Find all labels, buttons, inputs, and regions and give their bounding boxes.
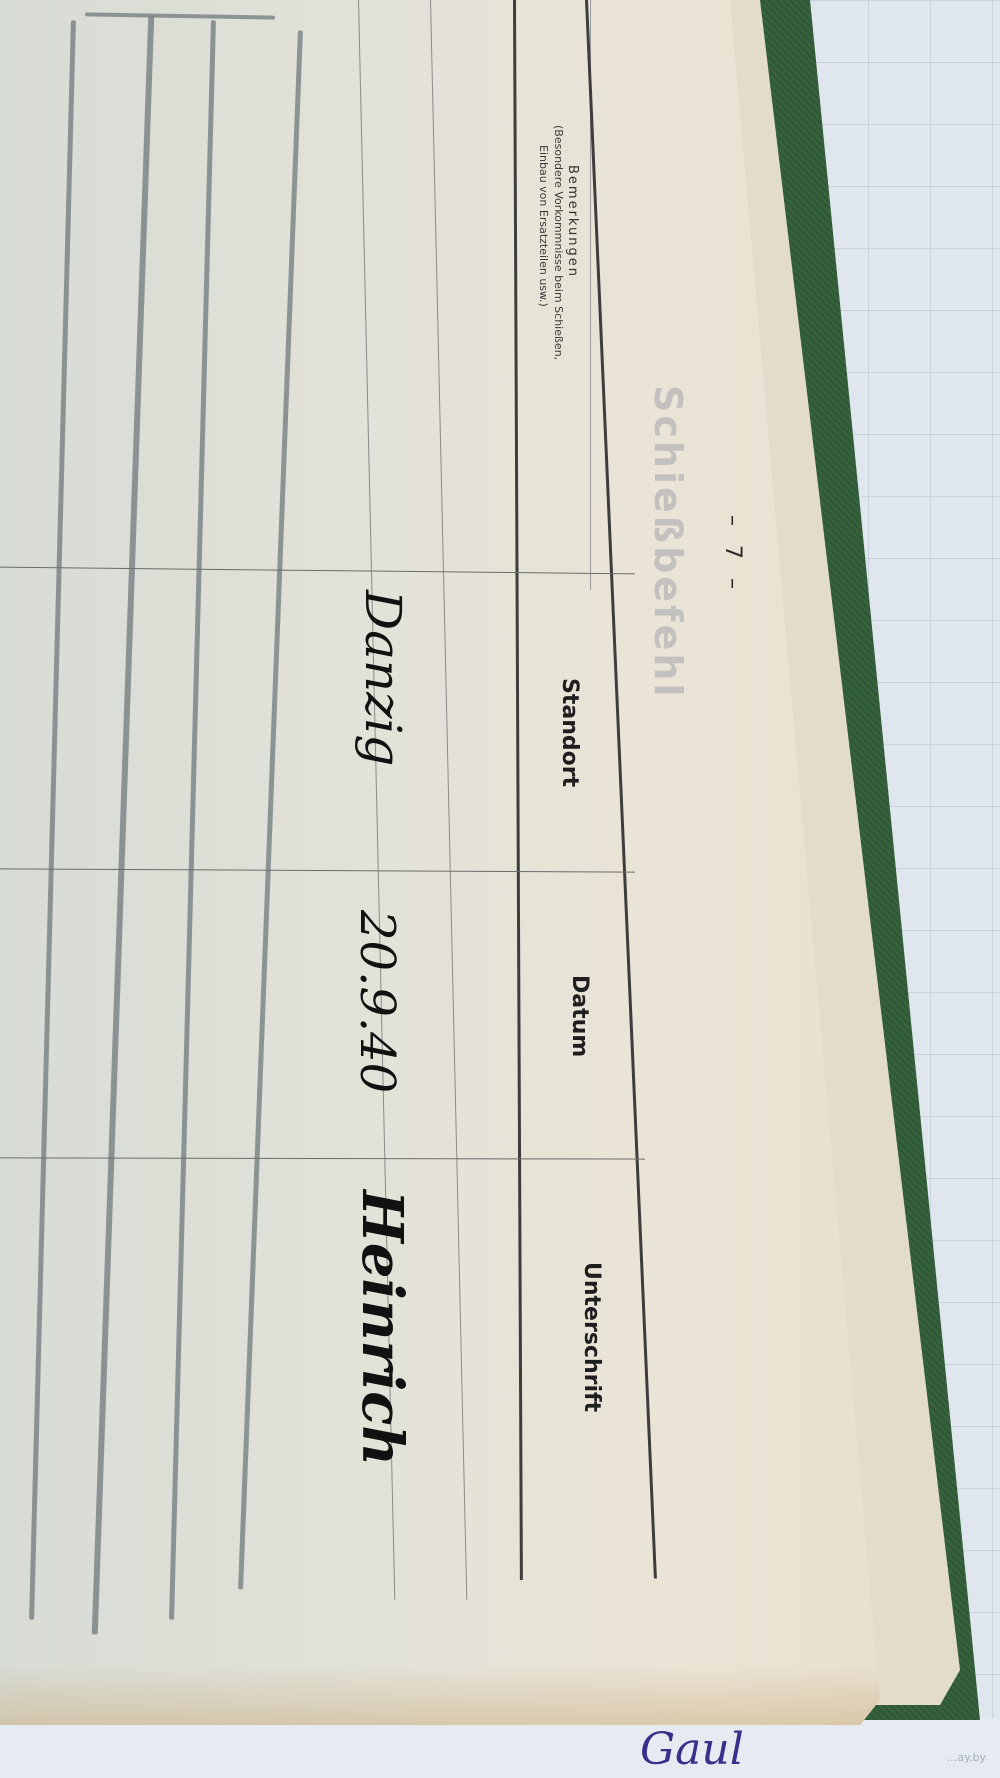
table-rule [430,0,467,1600]
pencil-line [238,30,303,1589]
remarks-header-title: Bemerkungen [565,165,580,278]
column-header-date: Datum [567,975,592,1057]
underlying-notebook: Gaul [0,1718,1000,1778]
entry-date: 20.9.40 [349,910,405,1093]
remarks-header-subtitle-2: Einbau von Ersatzteilen usw.) [537,145,550,307]
bleed-through-text: Schießbefehl [646,385,690,699]
entry-signature: Heinrich [349,1190,415,1466]
pencil-line [85,12,275,19]
page-number: – 7 – [720,515,745,595]
row-divider [0,567,635,575]
pencil-line [169,20,216,1620]
ink-note: Gaul [640,1724,744,1775]
entry-location: Danzig [354,590,412,766]
row-divider [0,1157,645,1159]
pencil-line [29,20,76,1620]
row-divider [0,868,635,872]
document-page: Schießbefehl – 7 – Bemerkungen (Besonder… [0,0,880,1725]
page-edge-stain [0,1665,880,1725]
watermark: …ay.by [946,1751,986,1764]
remarks-header-subtitle-1: (Besondere Vorkommnisse beim Schießen, [552,125,565,360]
header-rule [513,0,523,1580]
column-header-signature: Unterschrift [579,1262,604,1412]
pencil-line [92,15,155,1634]
column-header-location: Standort [557,678,582,787]
